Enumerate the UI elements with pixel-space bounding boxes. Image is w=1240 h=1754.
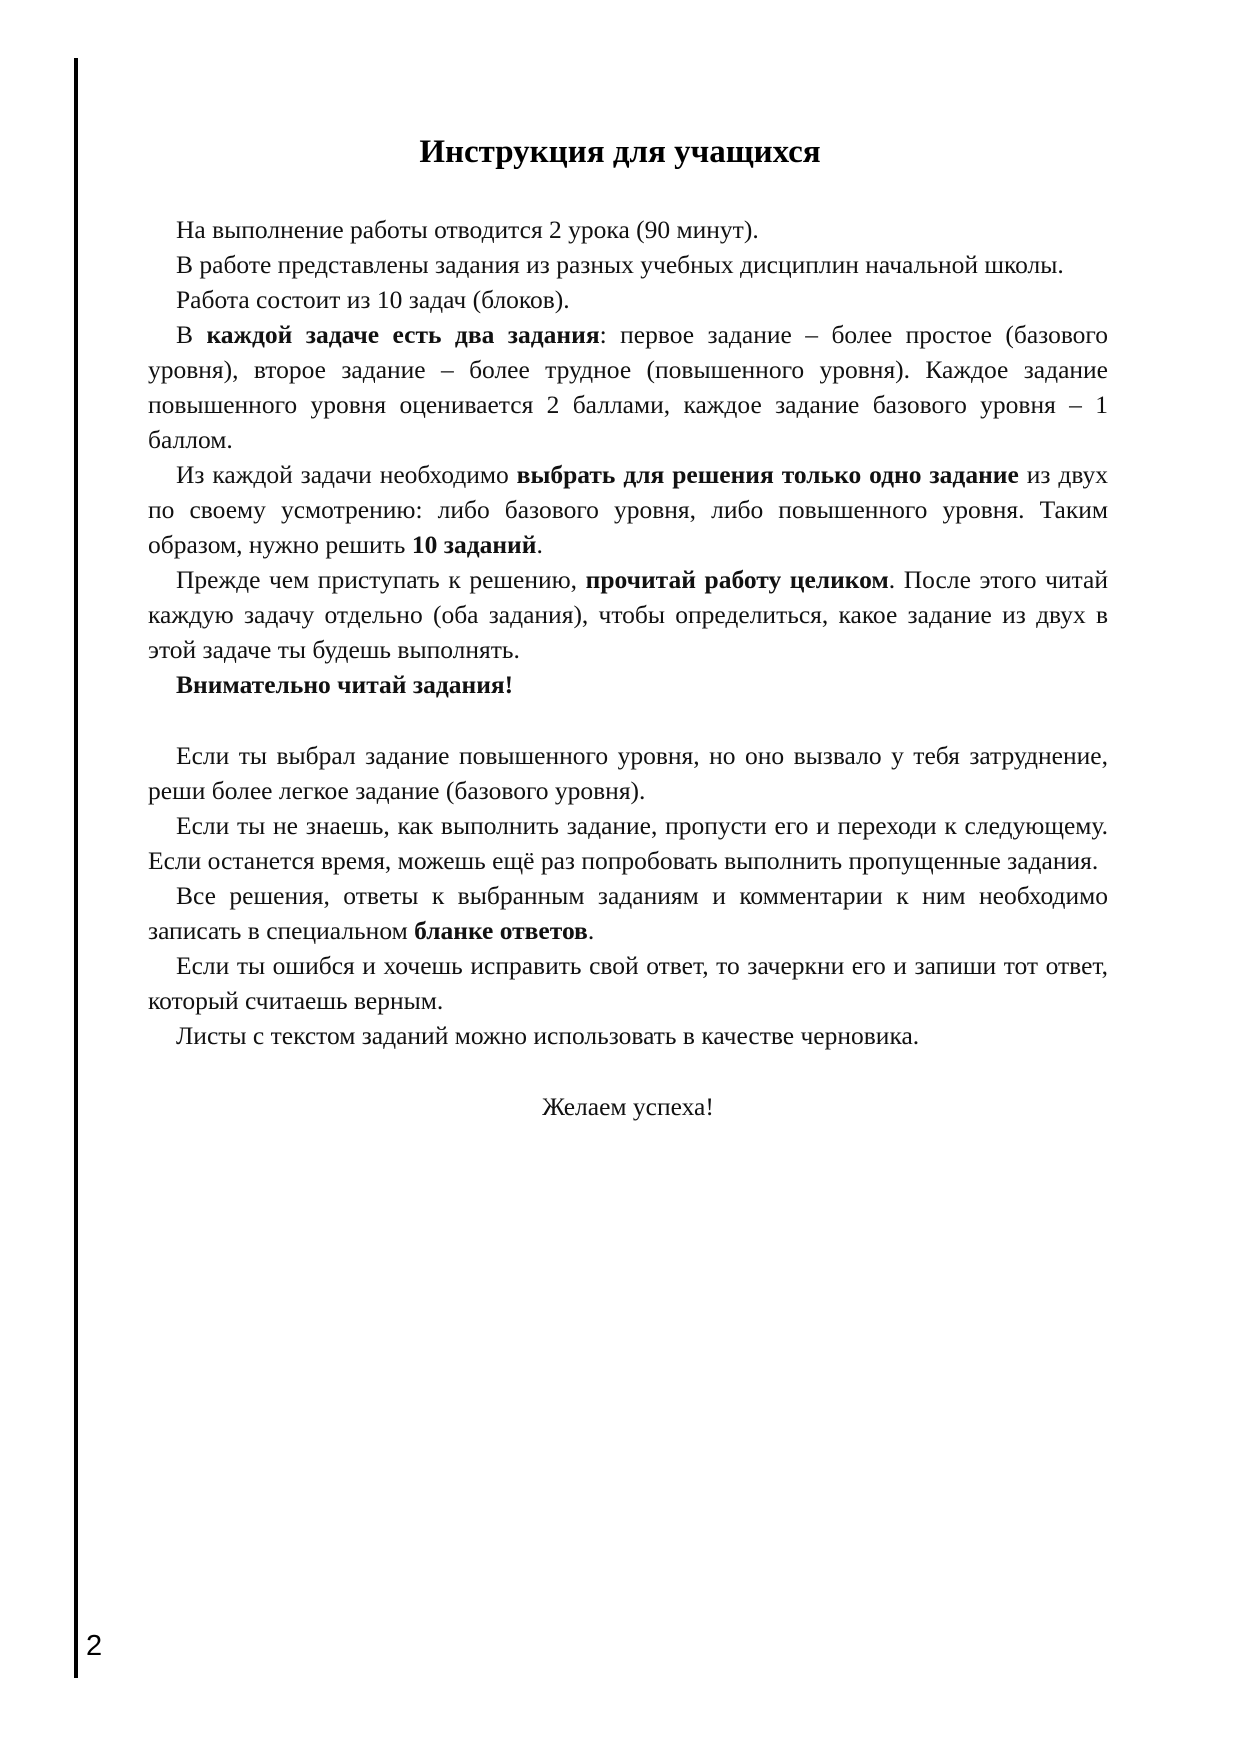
margin-rule: [74, 58, 78, 1678]
emphasis: Внимательно читай задания!: [176, 670, 513, 699]
emphasis: каждой задаче есть два задания: [206, 320, 599, 349]
emphasis: бланке ответов: [414, 916, 588, 945]
paragraph-drafts: Листы с текстом заданий можно использова…: [148, 1018, 1108, 1053]
paragraph-two-tasks: В каждой задаче есть два задания: первое…: [148, 317, 1108, 457]
spacer: [148, 702, 1108, 738]
emphasis: прочитай работу целиком: [586, 565, 889, 594]
paragraph-structure: Работа состоит из 10 задач (блоков).: [148, 282, 1108, 317]
paragraph-read-carefully: Внимательно читай задания!: [148, 667, 1108, 702]
emphasis: 10 заданий: [412, 530, 537, 559]
page-number: 2: [86, 1630, 102, 1663]
paragraph-difficulty: Если ты выбрал задание повышенного уровн…: [148, 738, 1108, 808]
paragraph-read-all: Прежде чем приступать к решению, прочита…: [148, 562, 1108, 667]
paragraph-skip: Если ты не знаешь, как выполнить задание…: [148, 808, 1108, 878]
paragraph-duration: На выполнение работы отводится 2 урока (…: [148, 212, 1108, 247]
closing-wish: Желаем успеха!: [148, 1089, 1108, 1124]
paragraph-corrections: Если ты ошибся и хочешь исправить свой о…: [148, 948, 1108, 1018]
page-title: Инструкция для учащихся: [0, 134, 1240, 171]
paragraph-answer-sheet: Все решения, ответы к выбранным заданиям…: [148, 878, 1108, 948]
emphasis: выбрать для решения только одно задание: [517, 460, 1019, 489]
instructions-body: На выполнение работы отводится 2 урока (…: [148, 212, 1108, 1124]
paragraph-disciplines: В работе представлены задания из разных …: [148, 247, 1108, 282]
paragraph-choose-one: Из каждой задачи необходимо выбрать для …: [148, 457, 1108, 562]
